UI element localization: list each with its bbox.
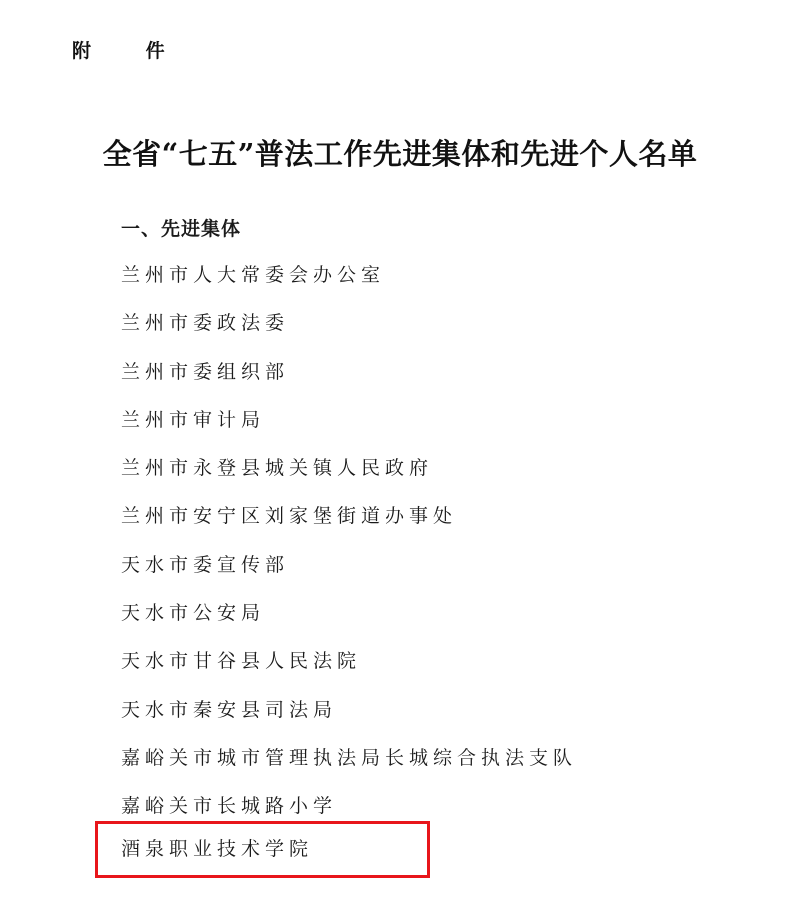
list-item: 天水市公安局 xyxy=(121,598,577,646)
list-item: 兰州市永登县城关镇人民政府 xyxy=(121,453,577,501)
section-heading-advanced-collectives: 一、先进集体 xyxy=(121,214,241,241)
list-item: 兰州市委政法委 xyxy=(121,308,577,356)
list-item: 天水市委宣传部 xyxy=(121,550,577,598)
list-item: 兰州市人大常委会办公室 xyxy=(121,260,577,308)
list-item: 天水市甘谷县人民法院 xyxy=(121,646,577,694)
list-item: 兰州市审计局 xyxy=(121,405,577,453)
list-item: 天水市秦安县司法局 xyxy=(121,695,577,743)
attachment-label: 附 件 xyxy=(72,36,189,63)
list-item: 兰州市委组织部 xyxy=(121,357,577,405)
document-title: 全省“七五”普法工作先进集体和先进个人名单 xyxy=(0,132,800,173)
highlighted-list-item: 酒泉职业技术学院 xyxy=(121,834,313,864)
list-item: 兰州市安宁区刘家堡街道办事处 xyxy=(121,501,577,549)
list-item: 嘉峪关市城市管理执法局长城综合执法支队 xyxy=(121,743,577,791)
advanced-collectives-list: 兰州市人大常委会办公室 兰州市委政法委 兰州市委组织部 兰州市审计局 兰州市永登… xyxy=(121,260,577,840)
